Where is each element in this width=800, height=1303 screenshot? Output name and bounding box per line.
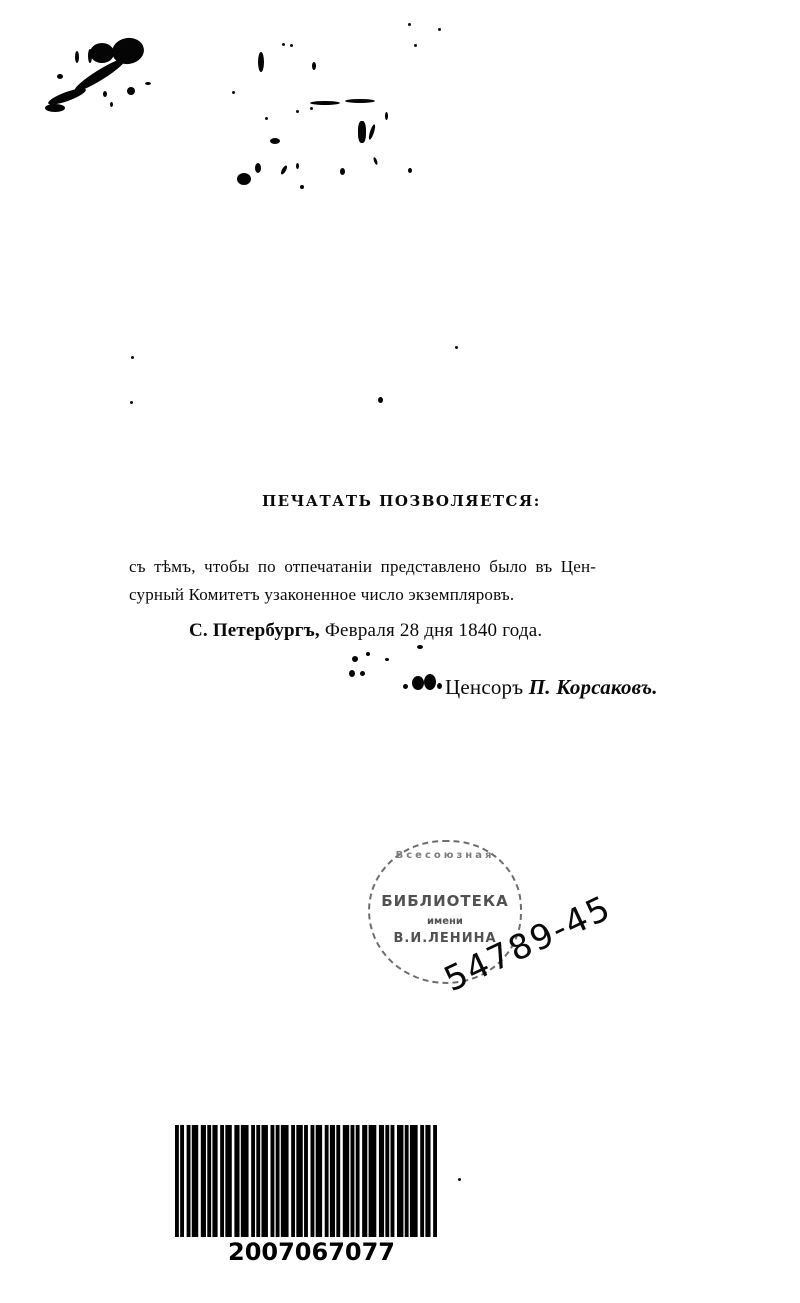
scanned-page: ПЕЧАТАТЬ ПОЗВОЛЯЕТСЯ: съ тѣмъ, чтобы по … xyxy=(0,0,800,1303)
date-day-word: дня xyxy=(424,620,453,641)
date-day: 28 xyxy=(400,620,419,641)
barcode-number: 2007067077 xyxy=(228,1238,395,1266)
stamp-line-1: БИБЛИОТЕКА xyxy=(370,892,520,910)
censor-signature: Ценсоръ П. Корсаковъ. xyxy=(445,675,658,700)
date-city: С. Петербургъ, xyxy=(189,620,320,641)
censor-title: Ценсоръ xyxy=(445,675,523,699)
date-line: С. Петербургъ, Февраля 28 дня 1840 года. xyxy=(189,620,542,642)
date-month: Февраля xyxy=(325,620,395,641)
barcode xyxy=(175,1125,437,1237)
date-year: 1840 xyxy=(458,620,497,641)
barcode-bars xyxy=(175,1125,437,1237)
censor-name: П. Корсаковъ. xyxy=(529,675,658,699)
permission-text-line-2: сурный Комитетъ узаконенное число экземп… xyxy=(129,585,514,605)
stamp-line-2: имени xyxy=(370,916,520,927)
permission-heading: ПЕЧАТАТЬ ПОЗВОЛЯЕТСЯ: xyxy=(262,492,622,510)
permission-text-line-1: съ тѣмъ, чтобы по отпечатаніи представле… xyxy=(129,557,596,577)
stamp-arc-text: Всесоюзная xyxy=(370,850,520,861)
date-year-word: года. xyxy=(502,620,542,641)
